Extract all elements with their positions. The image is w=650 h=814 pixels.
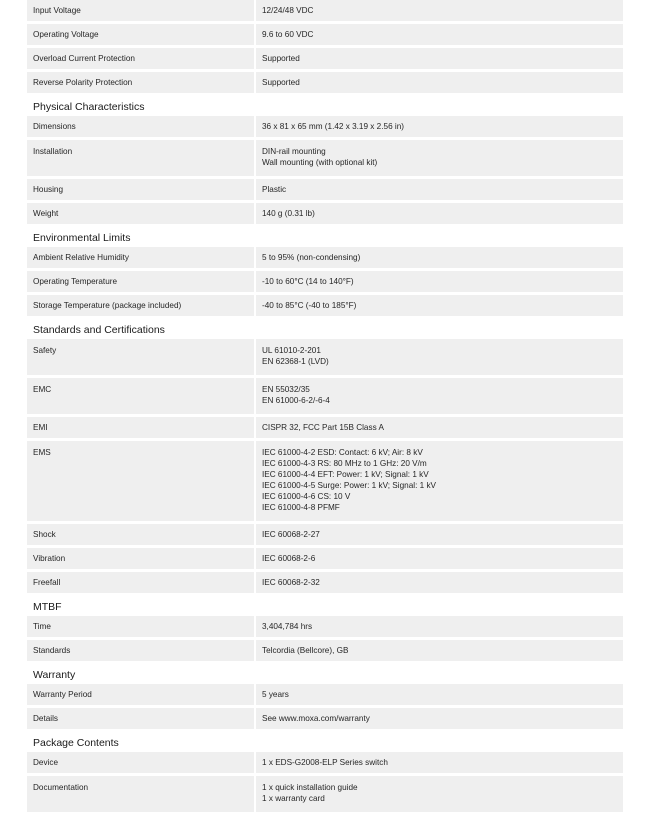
section-title: MTBF (27, 596, 623, 616)
spec-row: Storage Temperature (package included)-4… (27, 295, 623, 316)
spec-label: Vibration (27, 548, 254, 569)
spec-row: Operating Voltage9.6 to 60 VDC (27, 24, 623, 45)
spec-row: Warranty Period5 years (27, 684, 623, 705)
spec-label: Details (27, 708, 254, 729)
spec-value: IEC 60068-2-27 (256, 524, 623, 545)
section-title: Environmental Limits (27, 227, 623, 247)
spec-label: Weight (27, 203, 254, 224)
spec-row: Overload Current ProtectionSupported (27, 48, 623, 69)
spec-row: VibrationIEC 60068-2-6 (27, 548, 623, 569)
spec-row: HousingPlastic (27, 179, 623, 200)
spec-label: Installation (27, 140, 254, 176)
spec-label: Documentation (27, 776, 254, 812)
spec-row: ShockIEC 60068-2-27 (27, 524, 623, 545)
spec-value: Supported (256, 48, 623, 69)
spec-value: EN 55032/35 EN 61000-6-2/-6-4 (256, 378, 623, 414)
spec-sheet: Input Voltage12/24/48 VDCOperating Volta… (0, 0, 650, 812)
spec-row: FreefallIEC 60068-2-32 (27, 572, 623, 593)
section-title: Package Contents (27, 732, 623, 752)
spec-label: Safety (27, 339, 254, 375)
spec-label: Ambient Relative Humidity (27, 247, 254, 268)
spec-label: Shock (27, 524, 254, 545)
spec-label: Operating Voltage (27, 24, 254, 45)
spec-row: EMSIEC 61000-4-2 ESD: Contact: 6 kV; Air… (27, 441, 623, 521)
spec-value: 1 x EDS-G2008-ELP Series switch (256, 752, 623, 773)
spec-value: DIN-rail mounting Wall mounting (with op… (256, 140, 623, 176)
spec-label: Time (27, 616, 254, 637)
spec-label: EMC (27, 378, 254, 414)
spec-section: Package ContentsDevice1 x EDS-G2008-ELP … (27, 732, 623, 812)
spec-section: Environmental LimitsAmbient Relative Hum… (27, 227, 623, 316)
spec-value: 9.6 to 60 VDC (256, 24, 623, 45)
spec-value: 140 g (0.31 lb) (256, 203, 623, 224)
spec-value: 36 x 81 x 65 mm (1.42 x 3.19 x 2.56 in) (256, 116, 623, 137)
spec-row: EMCEN 55032/35 EN 61000-6-2/-6-4 (27, 378, 623, 414)
spec-value: CISPR 32, FCC Part 15B Class A (256, 417, 623, 438)
spec-row: EMICISPR 32, FCC Part 15B Class A (27, 417, 623, 438)
spec-label: EMS (27, 441, 254, 521)
spec-section: Standards and CertificationsSafetyUL 610… (27, 319, 623, 593)
spec-label: Overload Current Protection (27, 48, 254, 69)
spec-value: 5 years (256, 684, 623, 705)
spec-value: IEC 60068-2-32 (256, 572, 623, 593)
spec-row: Ambient Relative Humidity5 to 95% (non-c… (27, 247, 623, 268)
spec-value: -40 to 85°C (-40 to 185°F) (256, 295, 623, 316)
spec-value: 1 x quick installation guide 1 x warrant… (256, 776, 623, 812)
spec-row: Operating Temperature-10 to 60°C (14 to … (27, 271, 623, 292)
spec-row: Reverse Polarity ProtectionSupported (27, 72, 623, 93)
spec-label: Housing (27, 179, 254, 200)
spec-value: Telcordia (Bellcore), GB (256, 640, 623, 661)
spec-label: Freefall (27, 572, 254, 593)
spec-label: Dimensions (27, 116, 254, 137)
spec-value: 5 to 95% (non-condensing) (256, 247, 623, 268)
spec-value: 12/24/48 VDC (256, 0, 623, 21)
spec-label: Warranty Period (27, 684, 254, 705)
spec-value: 3,404,784 hrs (256, 616, 623, 637)
spec-row: Dimensions36 x 81 x 65 mm (1.42 x 3.19 x… (27, 116, 623, 137)
spec-row: SafetyUL 61010-2-201 EN 62368-1 (LVD) (27, 339, 623, 375)
spec-value: IEC 60068-2-6 (256, 548, 623, 569)
spec-value: UL 61010-2-201 EN 62368-1 (LVD) (256, 339, 623, 375)
spec-label: Device (27, 752, 254, 773)
spec-section: Input Voltage12/24/48 VDCOperating Volta… (27, 0, 623, 93)
spec-value: See www.moxa.com/warranty (256, 708, 623, 729)
spec-label: EMI (27, 417, 254, 438)
spec-row: Device1 x EDS-G2008-ELP Series switch (27, 752, 623, 773)
spec-row: Documentation1 x quick installation guid… (27, 776, 623, 812)
spec-label: Storage Temperature (package included) (27, 295, 254, 316)
spec-label: Input Voltage (27, 0, 254, 21)
section-title: Warranty (27, 664, 623, 684)
spec-section: Physical CharacteristicsDimensions36 x 8… (27, 96, 623, 224)
spec-value: -10 to 60°C (14 to 140°F) (256, 271, 623, 292)
spec-label: Standards (27, 640, 254, 661)
spec-section: WarrantyWarranty Period5 yearsDetailsSee… (27, 664, 623, 729)
section-title: Physical Characteristics (27, 96, 623, 116)
section-title: Standards and Certifications (27, 319, 623, 339)
spec-label: Operating Temperature (27, 271, 254, 292)
spec-row: Weight140 g (0.31 lb) (27, 203, 623, 224)
spec-row: DetailsSee www.moxa.com/warranty (27, 708, 623, 729)
spec-value: IEC 61000-4-2 ESD: Contact: 6 kV; Air: 8… (256, 441, 623, 521)
spec-section: MTBFTime3,404,784 hrsStandardsTelcordia … (27, 596, 623, 661)
spec-row: Input Voltage12/24/48 VDC (27, 0, 623, 21)
spec-row: Time3,404,784 hrs (27, 616, 623, 637)
spec-value: Plastic (256, 179, 623, 200)
spec-row: StandardsTelcordia (Bellcore), GB (27, 640, 623, 661)
spec-row: InstallationDIN-rail mounting Wall mount… (27, 140, 623, 176)
spec-value: Supported (256, 72, 623, 93)
spec-label: Reverse Polarity Protection (27, 72, 254, 93)
